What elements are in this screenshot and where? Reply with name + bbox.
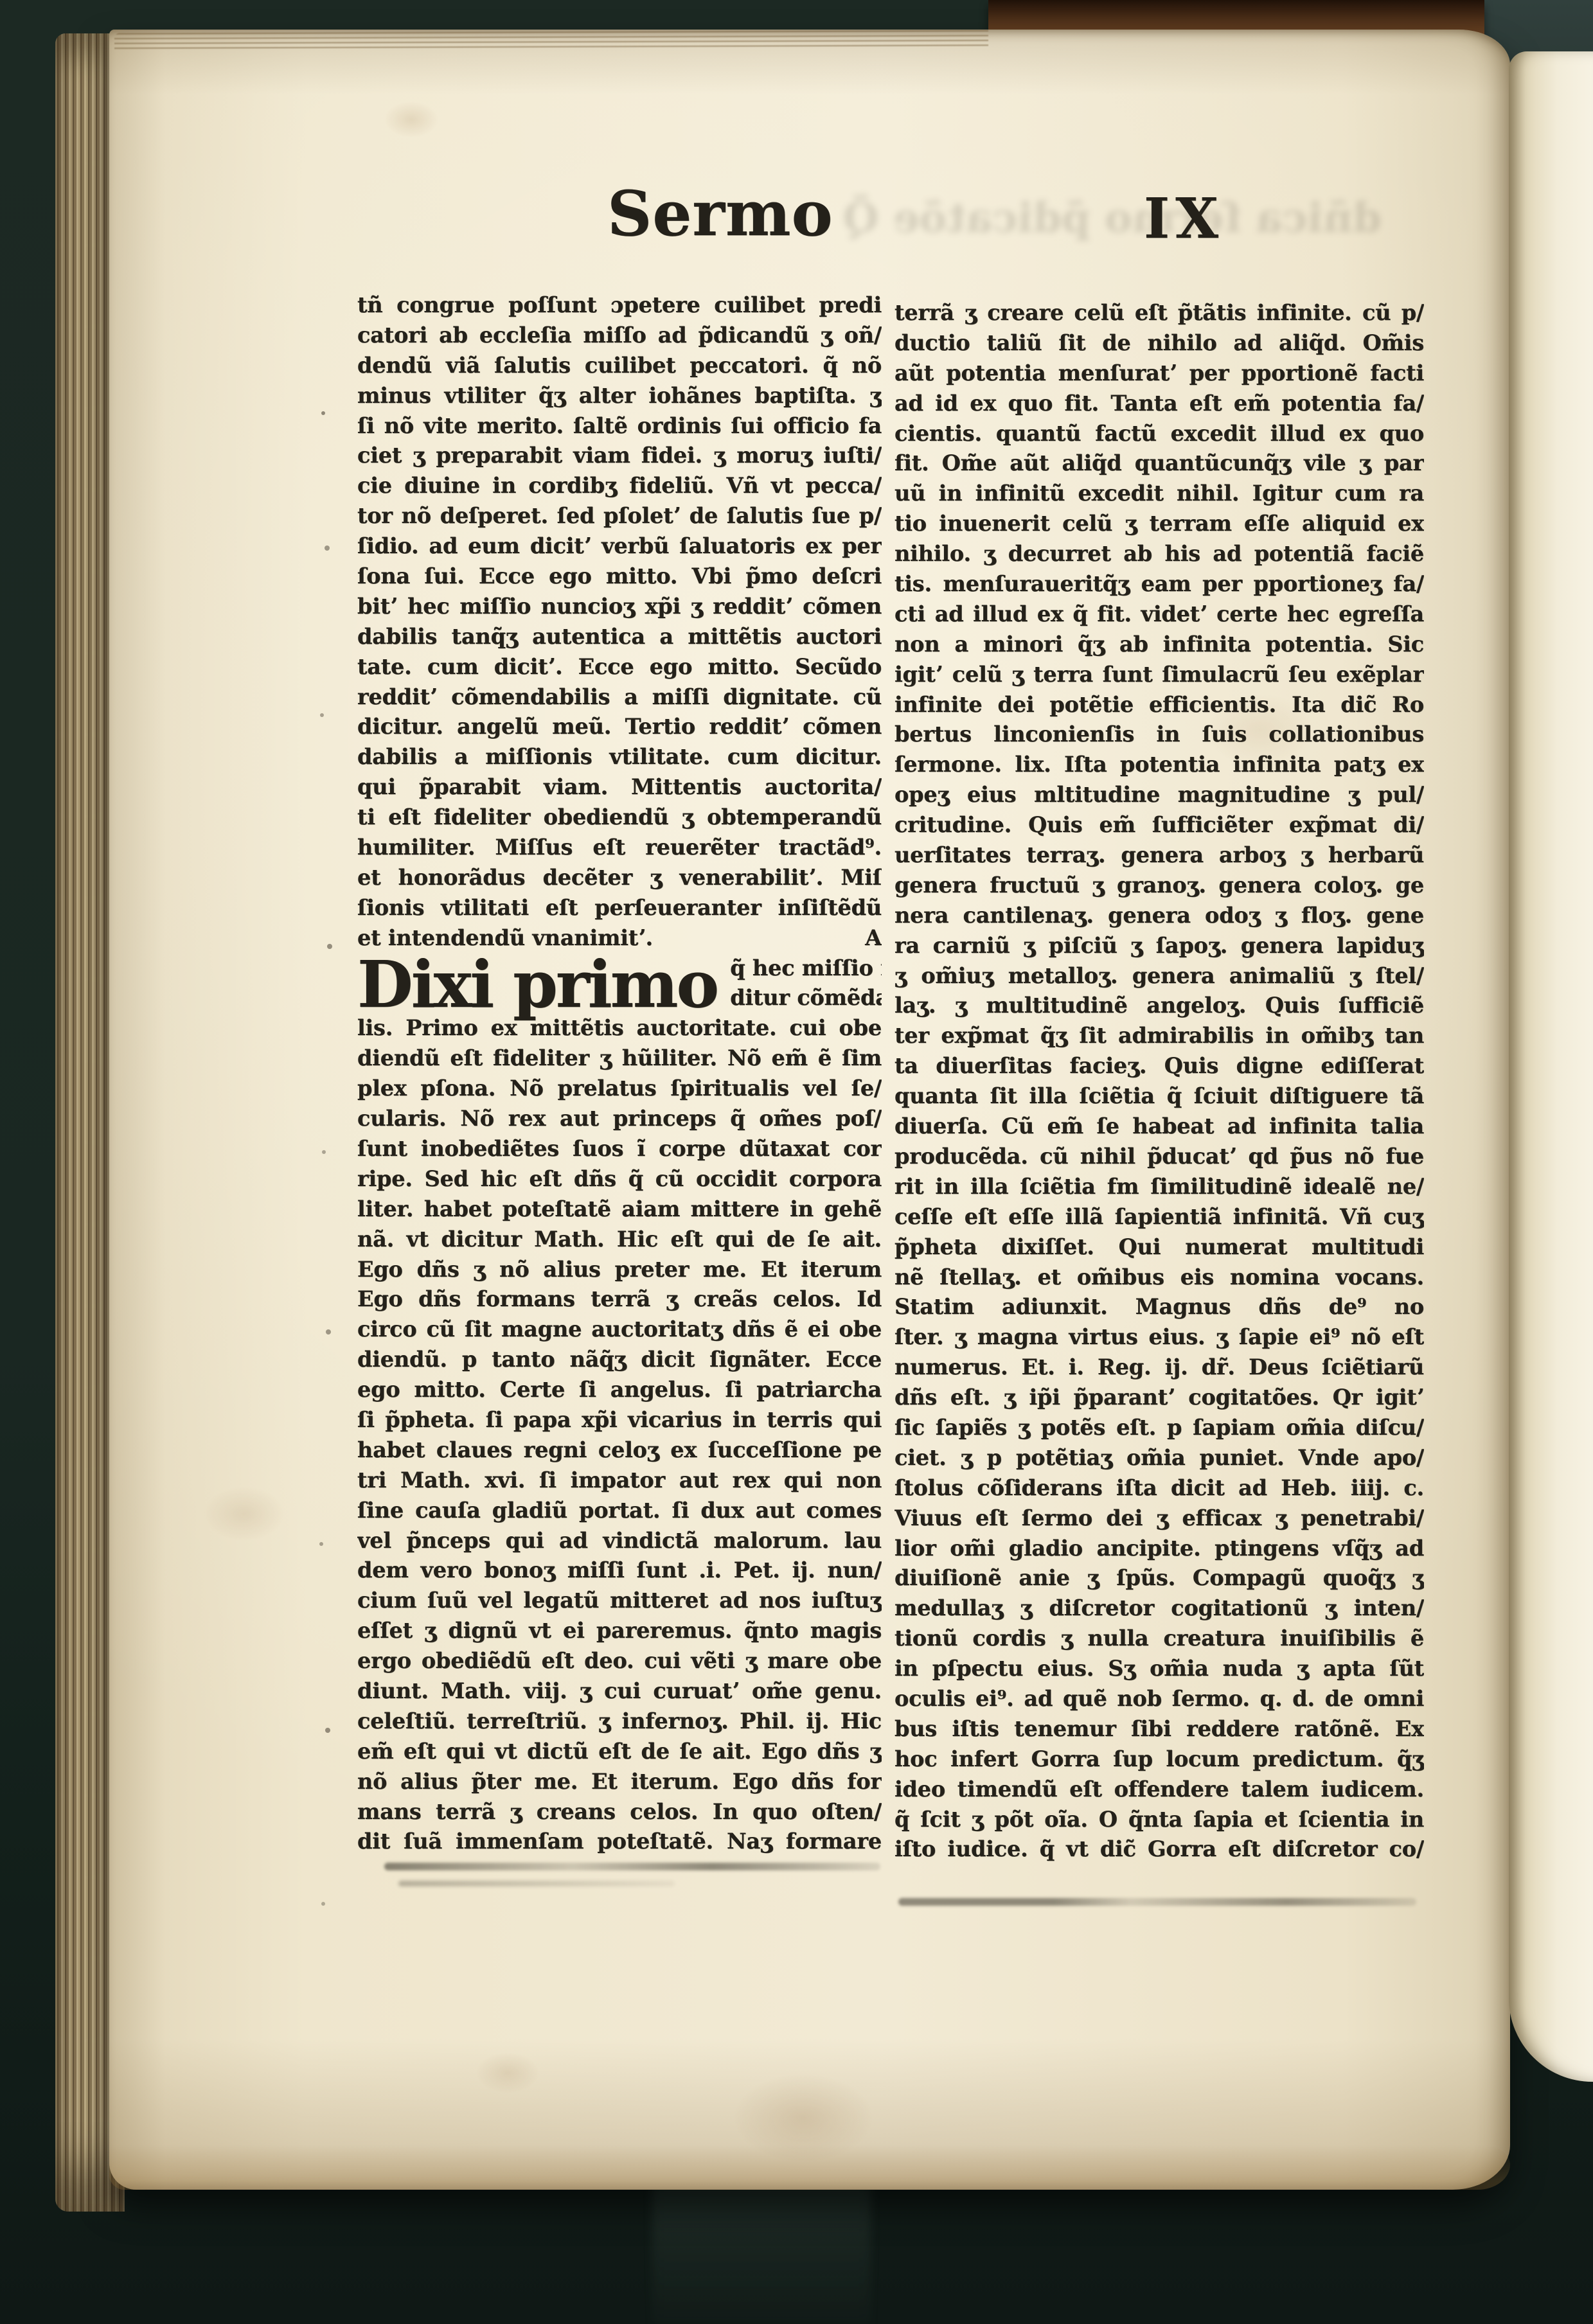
text-line: tñ congrue poſſunt ɔpetere cuilibet pred… [357, 290, 882, 321]
initial-side-lines: q̃ hec miſſio red/ditur cõmẽdabi/ [730, 954, 882, 1014]
text-line: medullaʒ ʒ diſcretor cogitationũ ʒ inten… [894, 1593, 1424, 1624]
text-line: habet claues regni celoʒ ex ſucceſſione … [357, 1435, 882, 1466]
text-line: non a minori q̃ʒ ab infinita potentia. S… [894, 630, 1424, 660]
text-line: p̃pheta dixiſſet. Qui numerat multitudi [894, 1232, 1424, 1263]
text-line: nera cantilenaʒ. genera odoʒ ʒ floʒ. gen… [894, 901, 1424, 931]
text-line: ſionis vtilitati eſt perſeueranter inſiſ… [357, 893, 882, 923]
text-line: rit in illa ſciẽtia fm ſimilitudinẽ idea… [894, 1172, 1424, 1202]
text-line: minus vtiliter q̃ʒ alter iohãnes baptiſt… [357, 381, 882, 411]
text-line: em̃ eſt qui vt dictũ eſt de ſe ait. Ego … [357, 1737, 882, 1767]
text-line: critudine. Quis em̃ ſufficiẽter exp̃mat … [894, 810, 1424, 840]
text-line: dicitur. angelũ meũ. Tertio redditʼ cõme… [357, 712, 882, 742]
text-line: ergo obediẽdũ eſt deo. cui vẽti ʒ mare o… [357, 1646, 882, 1676]
text-line: ad id ex quo fit. Tanta eſt em̃ potentia… [894, 389, 1424, 419]
set-off-smudge [398, 1881, 675, 1886]
text-line: opeʒ eius mltitudine magnitudine ʒ pul/ [894, 780, 1424, 810]
text-line: nõ alius p̃ter me. Et iterum. Ego dñs fo… [357, 1767, 882, 1797]
text-line: Ego dñs formans terrã ʒ creãs celos. Id [357, 1284, 882, 1315]
text-line: cti ad illud ex q̃ fit. videtʼ certe hec… [894, 599, 1424, 630]
text-line: terrã ʒ creare celũ eſt p̃tãtis infinite… [894, 298, 1424, 328]
text-line: cientis. quantũ factũ excedit illud ex q… [894, 419, 1424, 449]
text-line: ſtolus cõſiderans iſta dicit ad Heb. iii… [894, 1473, 1424, 1504]
text-line: ra carniũ ʒ piſciũ ʒ ſapoʒ. genera lapid… [894, 931, 1424, 961]
margin-signature-letter: A [865, 923, 882, 954]
text-line: mans terrã ʒ creans celos. In quo oſten/ [357, 1797, 882, 1827]
text-line: bitʼ hec miſſio nuncioʒ xp̃i ʒ redditʼ c… [357, 592, 882, 622]
text-line: dem vero bonoʒ miſſi ſunt .i. Pet. ij. n… [357, 1556, 882, 1586]
set-off-smudge [898, 1898, 1416, 1906]
text-line: diuerſa. Cũ em̃ ſe habeat ad infinita ta… [894, 1112, 1424, 1142]
text-line: oculis ei⁹. ad quẽ nob ſermo. q. d. de o… [894, 1684, 1424, 1714]
display-initial-words: Dixi primo [357, 956, 717, 1013]
text-line: circo cũ ſit magne auctoritatʒ dñs ẽ ei … [357, 1315, 882, 1345]
text-line: ter exp̃mat q̃ʒ ſit admirabilis in om̃ib… [894, 1021, 1424, 1051]
text-line: vel p̃nceps qui ad vindictã malorum. lau [357, 1526, 882, 1556]
text-line: ditur cõmẽdabi/ [730, 983, 882, 1013]
text-line: nã. vt dicitur Math. Hic eſt qui de ſe a… [357, 1225, 882, 1255]
text-line: cium ſuũ vel legatũ mitteret ad nos iuſt… [357, 1586, 882, 1616]
text-line: q̃ hec miſſio red/ [730, 954, 882, 984]
text-line: iſto iudice. q̃ vt dic̃ Gorra eſt diſcre… [894, 1834, 1424, 1865]
text-line: ti eſt fideliter obediendũ ʒ obtemperand… [357, 803, 882, 833]
column-lines-upper: tñ congrue poſſunt ɔpetere cuilibet pred… [357, 290, 882, 923]
text-line: diendũ eſt fideliter ʒ hũiliter. Nõ em̃ … [357, 1043, 882, 1074]
text-line: Statim adiunxit. Magnus dñs de⁹ no [894, 1292, 1424, 1322]
text-line: ſona ſui. Ecce ego mitto. Vbi p̃mo deſcr… [357, 562, 882, 592]
text-line: genera fructuũ ʒ granoʒ. genera coloʒ. g… [894, 871, 1424, 901]
text-line: celeſtiũ. terreſtriũ. ʒ infernoʒ. Phil. … [357, 1707, 882, 1737]
text-column-right: terrã ʒ creare celũ eſt p̃tãtis infinite… [894, 298, 1424, 1865]
text-line: ego mitto. Certe ſi angelus. ſi patriarc… [357, 1375, 882, 1405]
lombard-initial-block: Dixi primo q̃ hec miſſio red/ditur cõmẽd… [357, 954, 882, 1014]
text-line: dabilis a miſſionis vtilitate. cum dicit… [357, 742, 882, 772]
text-line: igitʼ celũ ʒ terra ſunt ſimulacrũ ſeu ex… [894, 660, 1424, 690]
text-line: nẽ ſtellaʒ. et om̃ibus eis nomina vocans… [894, 1263, 1424, 1293]
text-line: uũ in infinitũ excedit nihil. Igitur cum… [894, 479, 1424, 509]
ink-specks [321, 411, 325, 415]
text-line: nihilo. ʒ decurret ab his ad potentiã fa… [894, 539, 1424, 569]
column-lines: terrã ʒ creare celũ eſt p̃tãtis infinite… [894, 298, 1424, 1865]
text-line: ripe. Sed hic eſt dñs q̃ cũ occidit corp… [357, 1164, 882, 1194]
text-line: ideo timendũ eſt offendere talem iudicem… [894, 1775, 1424, 1805]
text-line: cie diuine in cordibʒ fideliũ. Vñ vt pec… [357, 471, 882, 501]
text-line: dendũ viã ſalutis cuilibet peccatori. q̃… [357, 351, 882, 381]
folio-number: IX [1144, 186, 1224, 251]
text-line: lis. Primo ex mittẽtis auctoritate. cui … [357, 1013, 882, 1043]
text-line: diendũ. p tanto nãq̃ʒ dicit ſignãter. Ec… [357, 1345, 882, 1375]
text-line: tri Math. xvi. ſi impator aut rex qui no… [357, 1466, 882, 1496]
column-lines-lower: lis. Primo ex mittẽtis auctoritate. cui … [357, 1013, 882, 1857]
text-line: ceſſe eſt eſſe illã ſapientiã infinitã. … [894, 1202, 1424, 1232]
text-line: ſter. ʒ magna virtus eius. ʒ ſapie ei⁹ n… [894, 1322, 1424, 1353]
text-line: diuiſionẽ anie ʒ ſpũs. Compagũ quoq̃ʒ ʒ [894, 1563, 1424, 1593]
text-line: tis. menſuraueritq̃ʒ eam per pportioneʒ … [894, 569, 1424, 599]
text-line: fit. Om̃e aũt aliq̃d quantũcunq̃ʒ vile ʒ… [894, 448, 1424, 479]
text-line: uerſitates terraʒ. genera arboʒ ʒ herbar… [894, 840, 1424, 871]
text-line: producẽda. cũ nihil p̃ducatʼ qd p̃us nõ … [894, 1142, 1424, 1172]
text-line: ta diuerſitas facieʒ. Quis digne ediſſer… [894, 1051, 1424, 1081]
text-line: tor nõ deſperet. ſed pſoletʼ de ſalutis … [357, 501, 882, 531]
text-line: ſine cauſa gladiũ portat. ſi dux aut com… [357, 1496, 882, 1526]
text-line: plex pſona. Nõ prelatus ſpiritualis vel … [357, 1074, 882, 1104]
text-line: ſi nõ vite merito. ſaltẽ ordinis ſui off… [357, 411, 882, 441]
text-line: lior om̃i gladio ancipite. ptingens vſq̃… [894, 1534, 1424, 1564]
text-line: ductio taliũ ſit de nihilo ad aliq̃d. Om… [894, 328, 1424, 359]
text-line: et honorãdus decẽter ʒ venerabilitʼ. Miſ [357, 863, 882, 893]
text-line: q̃ ſcit ʒ põt oĩa. O q̃nta ſapia et ſcie… [894, 1805, 1424, 1835]
text-line: infinite dei potẽtie efficientis. Ita di… [894, 690, 1424, 720]
text-line: ſic ſapiẽs ʒ potẽs eſt. p ſapiam om̃ia d… [894, 1413, 1424, 1443]
text-line: dabilis tanq̃ʒ autentica a mittẽtis auct… [357, 622, 882, 652]
text-line: in pſpectu eius. Sʒ om̃ia nuda ʒ apta ſũ… [894, 1654, 1424, 1684]
text-line: Viuus eſt ſermo dei ʒ efficax ʒ penetrab… [894, 1504, 1424, 1534]
background-reflection [652, 2181, 871, 2324]
facing-page-edge [1509, 51, 1593, 2082]
text-line: dñs eſt. ʒ ip̃i p̃parantʼ cogitatões. Qr… [894, 1383, 1424, 1413]
text-line: qui p̃parabit viam. Mittentis auctorita/ [357, 772, 882, 803]
text-line: Ego dñs ʒ nõ alius preter me. Et iterum [357, 1255, 882, 1285]
text-line: numerus. Et. i. Reg. ij. dr̃. Deus ſciẽt… [894, 1353, 1424, 1383]
text-line: dit ſuã immenſam poteſtatẽ. Naʒ formare [357, 1827, 882, 1857]
text-line: liter. habet poteſtatẽ aiam mittere in g… [357, 1194, 882, 1225]
text-line: redditʼ cõmendabilis a miſſi dignitate. … [357, 682, 882, 713]
text-line: laʒ. ʒ multitudinẽ angeloʒ. Quis ſuffici… [894, 991, 1424, 1021]
text-line: catori ab eccleſia miſſo ad p̃dicandũ ʒ … [357, 321, 882, 351]
text-line: ʒ om̃iuʒ metalloʒ. genera animaliũ ʒ ſte… [894, 961, 1424, 991]
text-column-left: tñ congrue poſſunt ɔpetere cuilibet pred… [357, 290, 882, 1857]
text-line: diunt. Math. viij. ʒ cui curuatʼ om̃e ge… [357, 1676, 882, 1707]
text-line: ciet. ʒ p potẽtiaʒ om̃ia puniet. Vnde ap… [894, 1443, 1424, 1473]
page-top-edge-lines [114, 30, 988, 51]
text-line: ſunt inobediẽtes ſuos ĩ corpe dũtaxat co… [357, 1134, 882, 1164]
text-line: tio inuenerit celũ ʒ terram eſſe aliquid… [894, 509, 1424, 539]
running-title: Sermo [607, 177, 833, 250]
text-line: humiliter. Miſſus eſt reuerẽter tractãd⁹… [357, 833, 882, 863]
text-line: bertus linconienſis in ſuis collationibu… [894, 720, 1424, 750]
text-line: hoc infert Gorra ſup locum predictum. q̃… [894, 1744, 1424, 1775]
scanned-book-photo: dñica ſermo p̃dicatõe Q̃ Sermo IX tñ con… [0, 0, 1593, 2324]
text-line: bus iſtis tenemur ſibi reddere ratõnẽ. E… [894, 1714, 1424, 1744]
set-off-smudge [384, 1863, 880, 1870]
text-line: ſermone. lix. Iſta potentia infinita pat… [894, 750, 1424, 780]
text-line: quanta ſit illa ſciẽtia q̃ ſciuit diſtig… [894, 1081, 1424, 1112]
text-line: ſi p̃pheta. ſi papa xp̃i vicarius in ter… [357, 1405, 882, 1435]
text-line: tate. cum dicitʼ. Ecce ego mitto. Secũdo [357, 652, 882, 682]
text-line: aũt potentia menſuratʼ per pportionẽ fac… [894, 359, 1424, 389]
text-line: cularis. Nõ rex aut princeps q̃ om̃es po… [357, 1104, 882, 1134]
text-line: eſſet ʒ dignũ vt ei pareremus. q̃nto mag… [357, 1616, 882, 1646]
text-line: ſidio. ad eum dicitʼ verbũ ſaluatoris ex… [357, 531, 882, 562]
text-line: tionũ cordis ʒ nulla creatura inuiſibili… [894, 1624, 1424, 1654]
text-line: ciet ʒ preparabit viam fidei. ʒ moruʒ iu… [357, 441, 882, 471]
